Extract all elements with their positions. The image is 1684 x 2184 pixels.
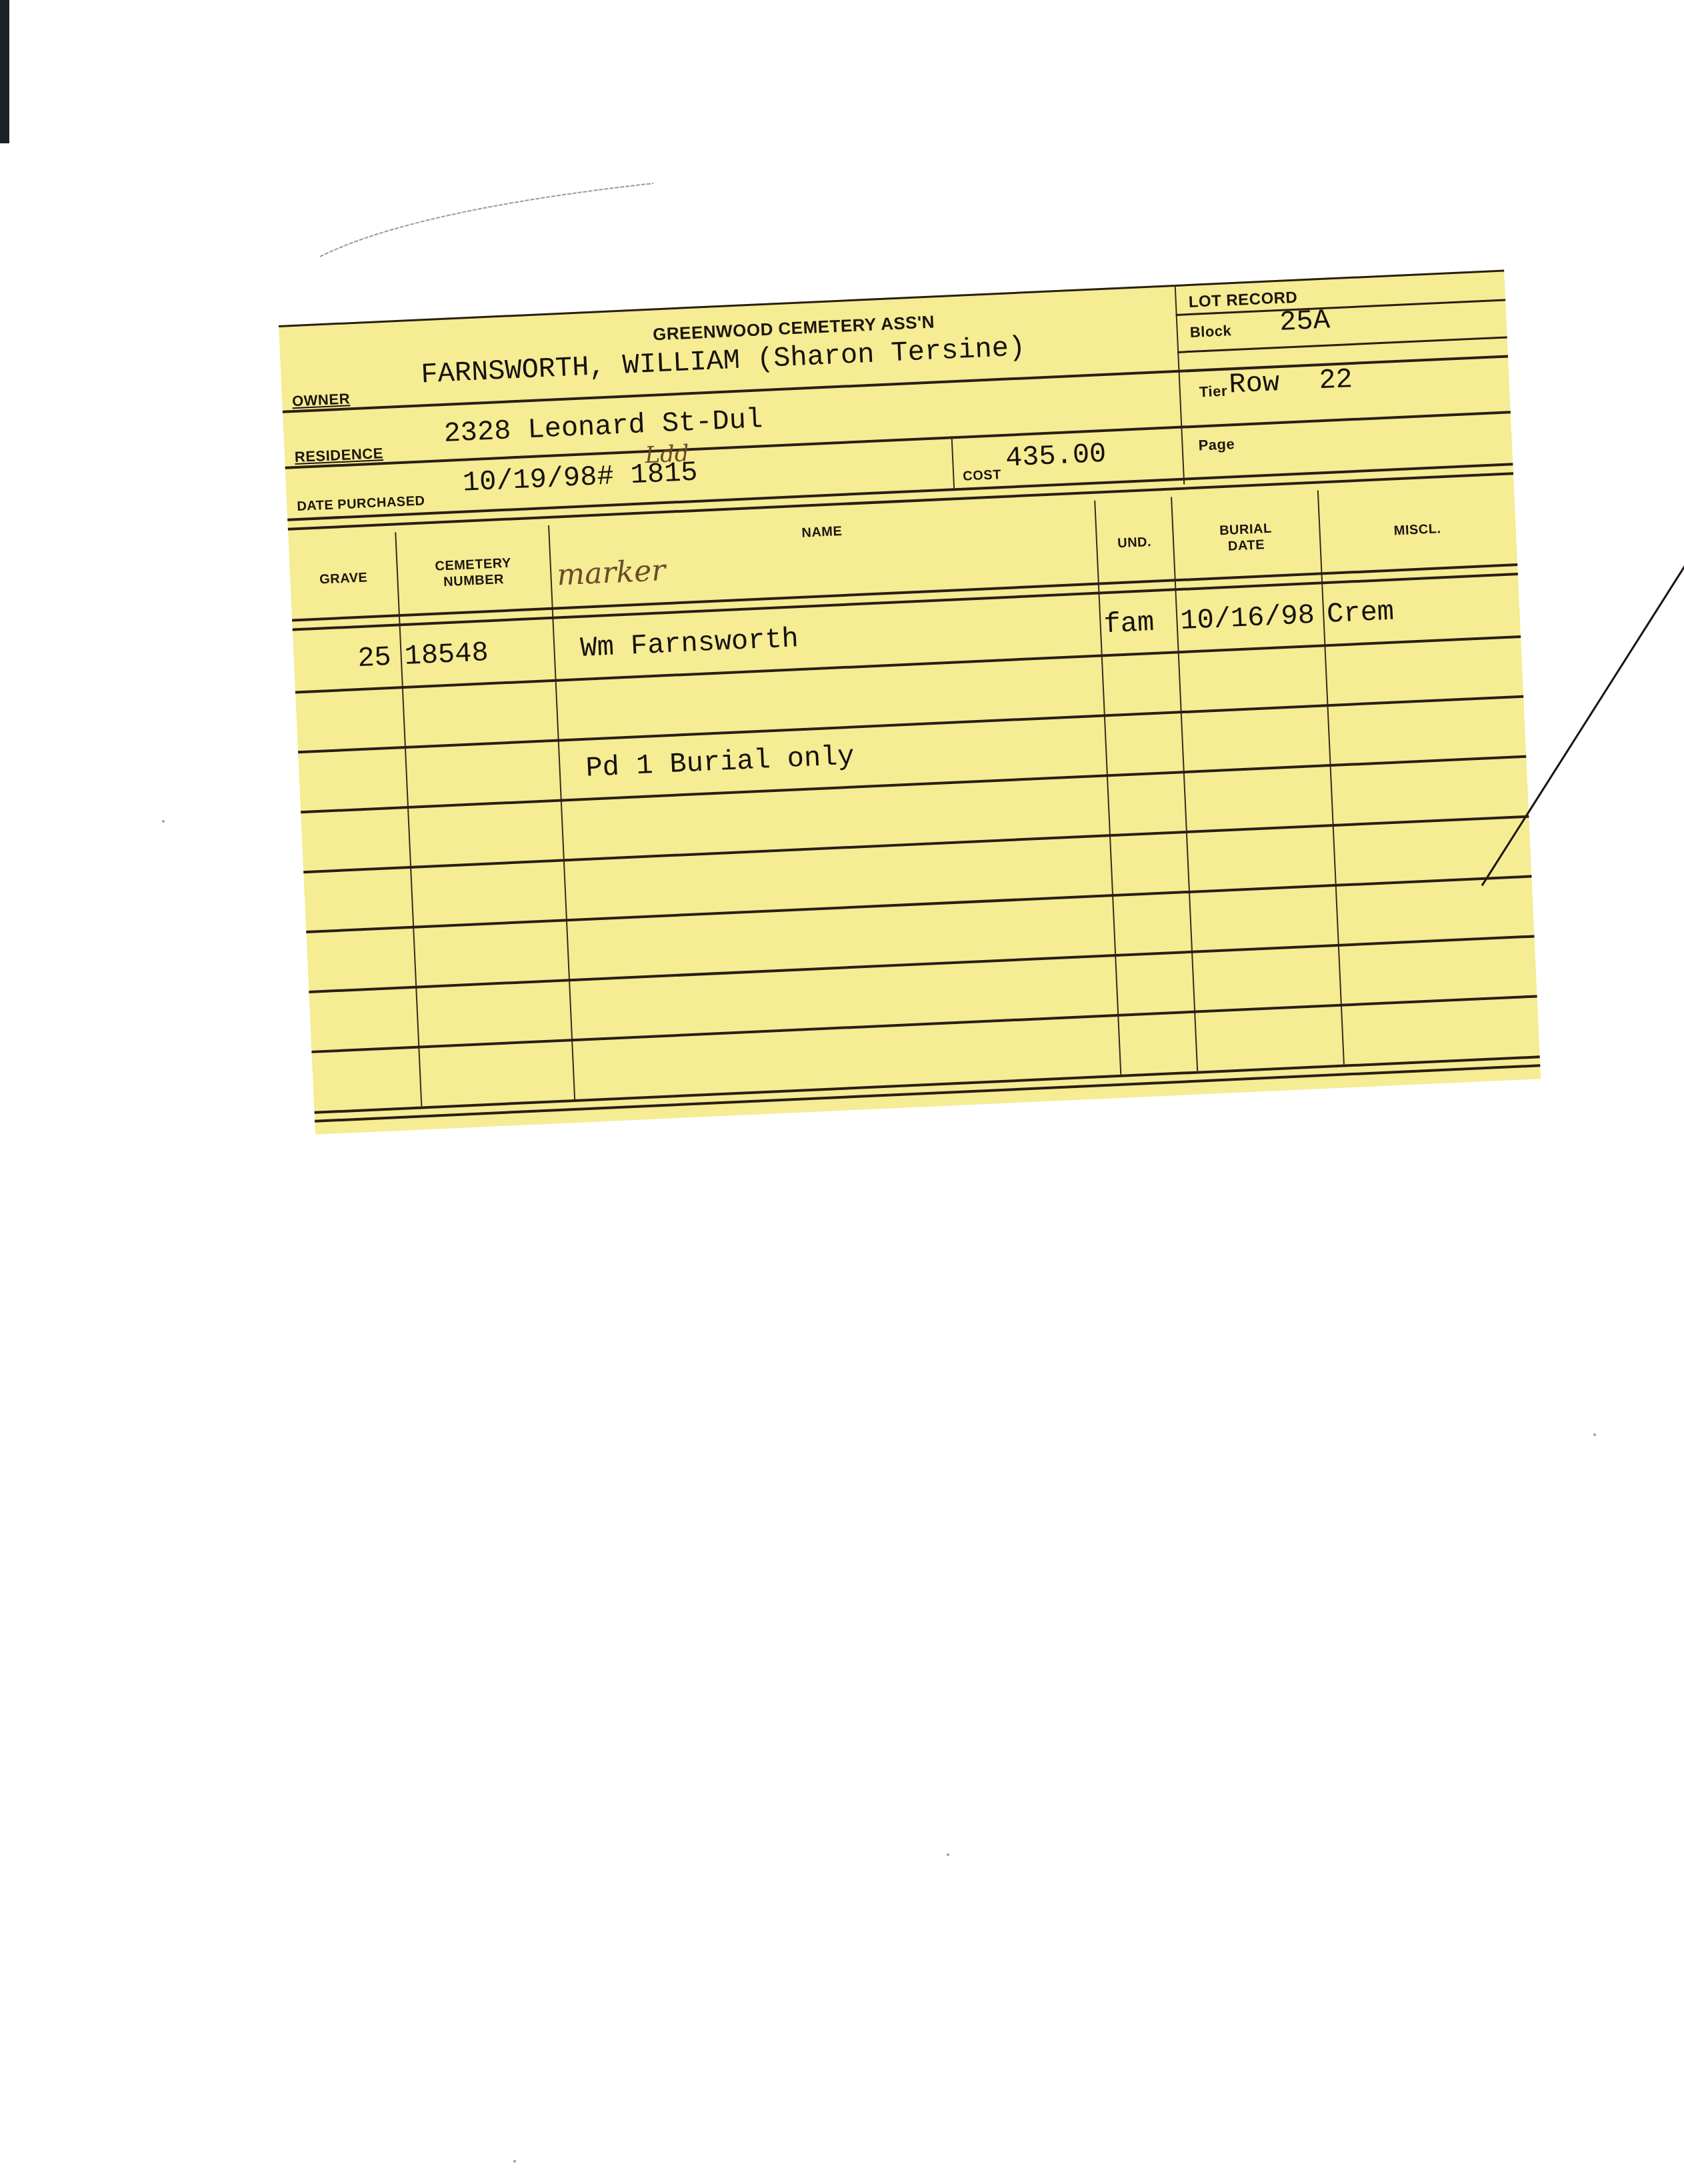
handwritten-note: Ldd: [645, 440, 690, 469]
column-header-grave: GRAVE: [290, 568, 397, 589]
column-divider: [1317, 490, 1345, 1064]
column-header-burial-date: BURIALDATE: [1172, 519, 1320, 557]
owner-label: OWNER: [292, 390, 351, 410]
row-rule: [301, 755, 1526, 813]
column-header-und: UND.: [1096, 533, 1173, 553]
cell-name: Pd 1 Burial only: [585, 741, 855, 785]
column-header-miscl: MISCL.: [1319, 517, 1516, 542]
column-divider: [1171, 497, 1198, 1071]
cell-miscl: Crem: [1326, 596, 1395, 631]
handwritten-marker-note: marker: [556, 553, 666, 592]
cell-name: Wm Farnsworth: [579, 623, 799, 665]
column-header-cemetery-number: CEMETERYNUMBER: [396, 553, 551, 592]
residence-value: 2328 Leonard St-Dul: [443, 403, 764, 450]
row-rule: [306, 875, 1531, 933]
cost-label: COST: [963, 467, 1002, 485]
cost-divider: [951, 436, 955, 489]
column-divider: [1094, 501, 1121, 1075]
cell-grave: 25: [293, 641, 392, 678]
row-value: 22: [1318, 363, 1353, 397]
row-rule: [311, 995, 1537, 1053]
column-header-name: NAME: [549, 512, 1095, 553]
block-label: Block: [1189, 322, 1232, 341]
dust-speck: [513, 2160, 516, 2163]
block-value: 25A: [1279, 304, 1331, 338]
row-label: Row: [1228, 367, 1280, 401]
column-divider: [395, 532, 422, 1106]
column-divider: [548, 525, 575, 1099]
dust-speck: [947, 1853, 949, 1856]
lot-record-card: GREENWOOD CEMETERY ASS'N LOT RECORD Bloc…: [279, 270, 1541, 1135]
dust-speck: [1593, 1433, 1596, 1436]
page-label: Page: [1198, 435, 1235, 454]
row-rule: [309, 935, 1534, 993]
cost-value: 435.00: [1005, 438, 1107, 475]
cell-burial-date: 10/16/98: [1179, 599, 1315, 637]
pencil-mark: [313, 170, 660, 263]
row-rule: [298, 695, 1523, 753]
dust-speck: [162, 820, 165, 823]
bottom-rule: [315, 1064, 1540, 1122]
row-rule: [303, 815, 1529, 873]
scanner-edge-artifact: [0, 0, 9, 143]
cell-und: fam: [1103, 607, 1155, 641]
bottom-rule: [315, 1055, 1540, 1113]
cell-cemetery-number: 18548: [404, 637, 489, 673]
date-purchased-label: DATE PURCHASED: [297, 493, 425, 515]
